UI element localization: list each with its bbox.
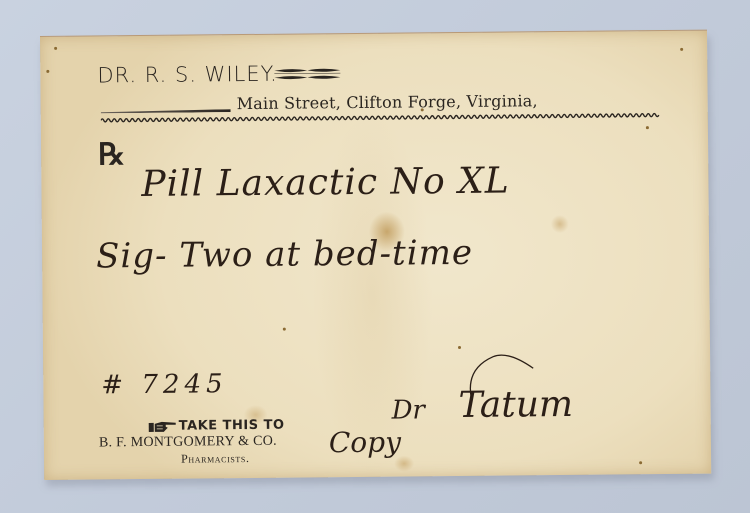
copy-annotation: Copy (329, 426, 401, 460)
physician-name: DR. R. S. WILEY. (97, 62, 278, 88)
address-rule (101, 109, 231, 113)
speck (680, 48, 683, 51)
speck (646, 126, 649, 129)
prescription-line-1: Pill Laxactic No XL (141, 160, 510, 205)
signature-name: Tatum (458, 384, 573, 426)
ornament-dashes-icon (272, 64, 342, 85)
physician-address: Main Street, Clifton Forge, Virginia, (237, 91, 538, 113)
pharmacy-role: Pharmacists. (181, 451, 250, 467)
prescription-number: # 7245 (101, 369, 228, 400)
speck (46, 70, 49, 73)
prescription-line-2: Sig- Two at bed-time (96, 233, 473, 277)
wavy-divider (101, 111, 661, 124)
prescription-card: DR. R. S. WILEY. Main Street, Clifton Fo… (40, 30, 711, 480)
pharmacy-name: B. F. MONTGOMERY & CO. (99, 434, 277, 452)
speck (54, 47, 57, 50)
rx-symbol: ℞ (98, 137, 125, 172)
speck (283, 328, 286, 331)
signature-prefix: Dr (391, 395, 425, 425)
pointing-hand-icon (148, 421, 178, 433)
speck (458, 346, 461, 349)
take-this-to-label: TAKE THIS TO (179, 418, 285, 434)
speck (639, 461, 642, 464)
